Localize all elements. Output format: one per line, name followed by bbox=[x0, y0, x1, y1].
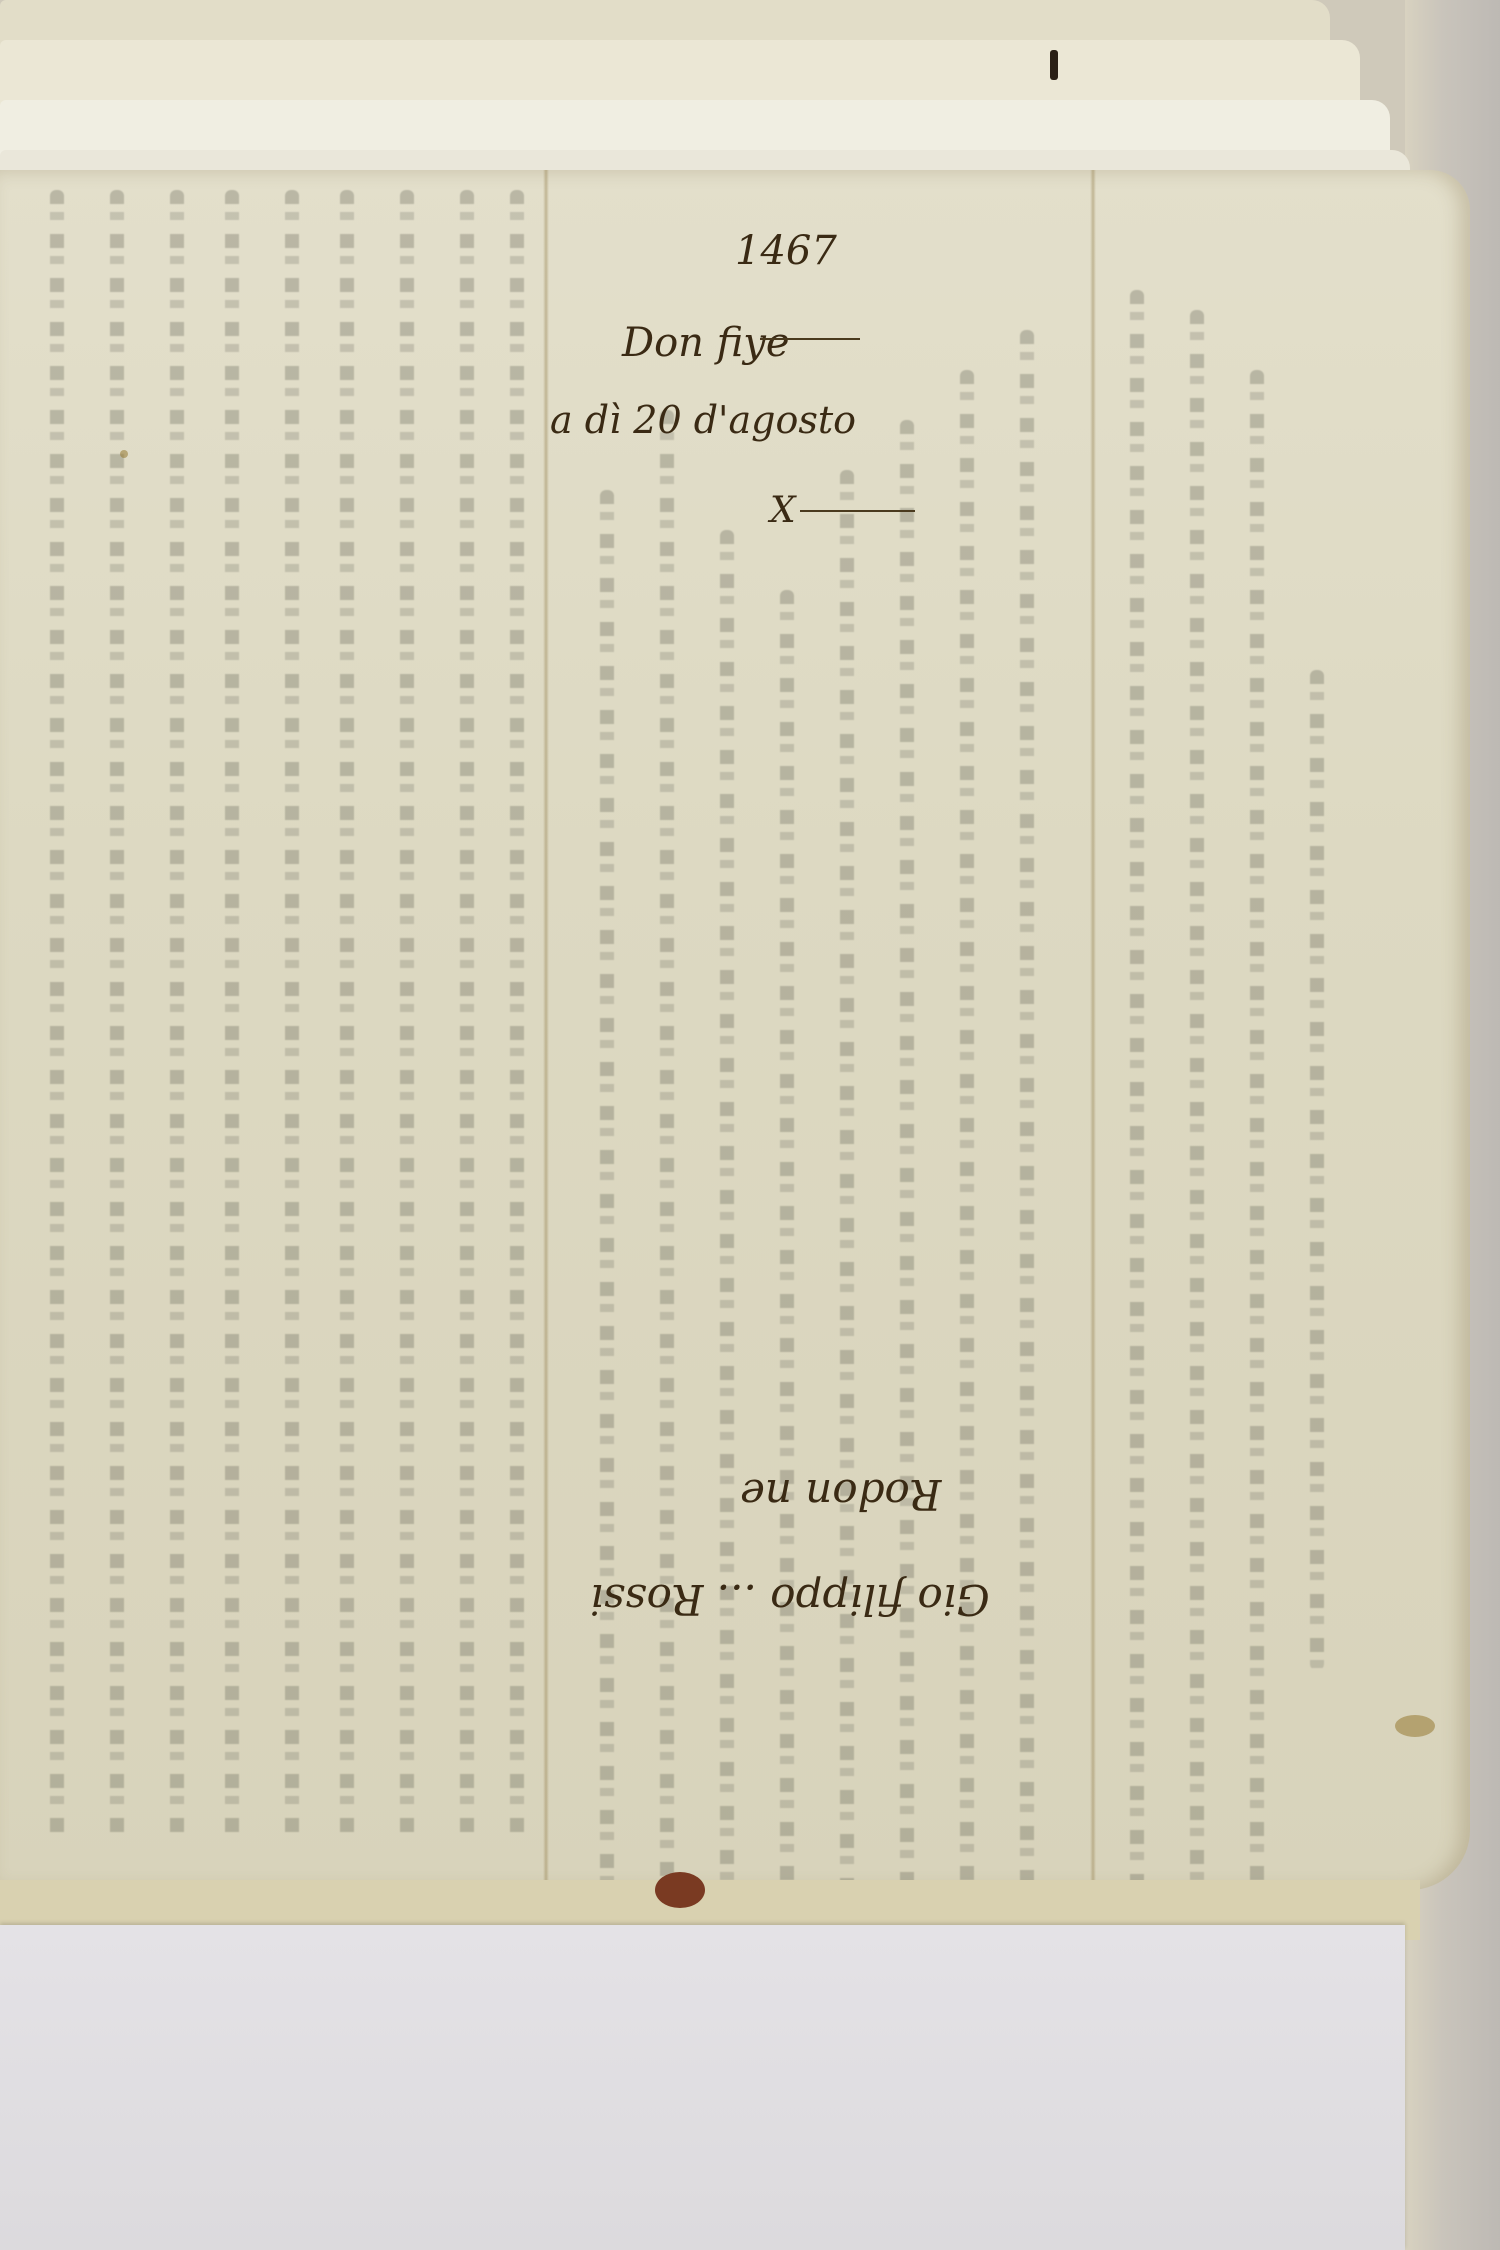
annotation-mark-line bbox=[800, 510, 915, 512]
faded-text-column bbox=[840, 470, 854, 2120]
faded-text-column bbox=[900, 420, 914, 2070]
faded-text-column bbox=[285, 190, 299, 1840]
faded-text-column bbox=[660, 410, 674, 2060]
faded-text-column bbox=[340, 190, 354, 1840]
faded-text-column bbox=[50, 190, 64, 1840]
faded-text-column bbox=[1190, 310, 1204, 1960]
inverted-annotation-line1: Rodon ne bbox=[740, 1470, 941, 1519]
ink-stain bbox=[120, 450, 128, 458]
annotation-mark: X bbox=[770, 490, 796, 531]
page-edge-mark bbox=[1050, 50, 1058, 80]
annotation-year: 1467 bbox=[735, 228, 837, 274]
faded-text-column bbox=[460, 190, 474, 1840]
fold-line-right bbox=[1090, 170, 1096, 1890]
faded-text-column bbox=[510, 190, 524, 1840]
faded-text-column bbox=[1020, 330, 1034, 1980]
faded-text-column bbox=[110, 190, 124, 1840]
faded-text-column bbox=[1250, 370, 1264, 2020]
annotation-line1: Don fiye bbox=[622, 320, 790, 366]
annotation-underline bbox=[760, 338, 860, 340]
faded-text-column bbox=[960, 370, 974, 2020]
faded-text-column bbox=[400, 190, 414, 1840]
faded-text-column bbox=[1130, 290, 1144, 1940]
white-backing-card bbox=[0, 1925, 1405, 2250]
ink-stain bbox=[1395, 1715, 1435, 1737]
faded-text-column bbox=[1310, 670, 1324, 1670]
fold-line-left bbox=[543, 170, 549, 1890]
faded-text-column bbox=[170, 190, 184, 1840]
wax-seal-remnant bbox=[655, 1872, 705, 1908]
faded-text-column bbox=[225, 190, 239, 1840]
inverted-annotation-line2: Gio filippo ... Rossi bbox=[590, 1575, 990, 1624]
annotation-line2: a dì 20 d'agosto bbox=[550, 398, 856, 442]
